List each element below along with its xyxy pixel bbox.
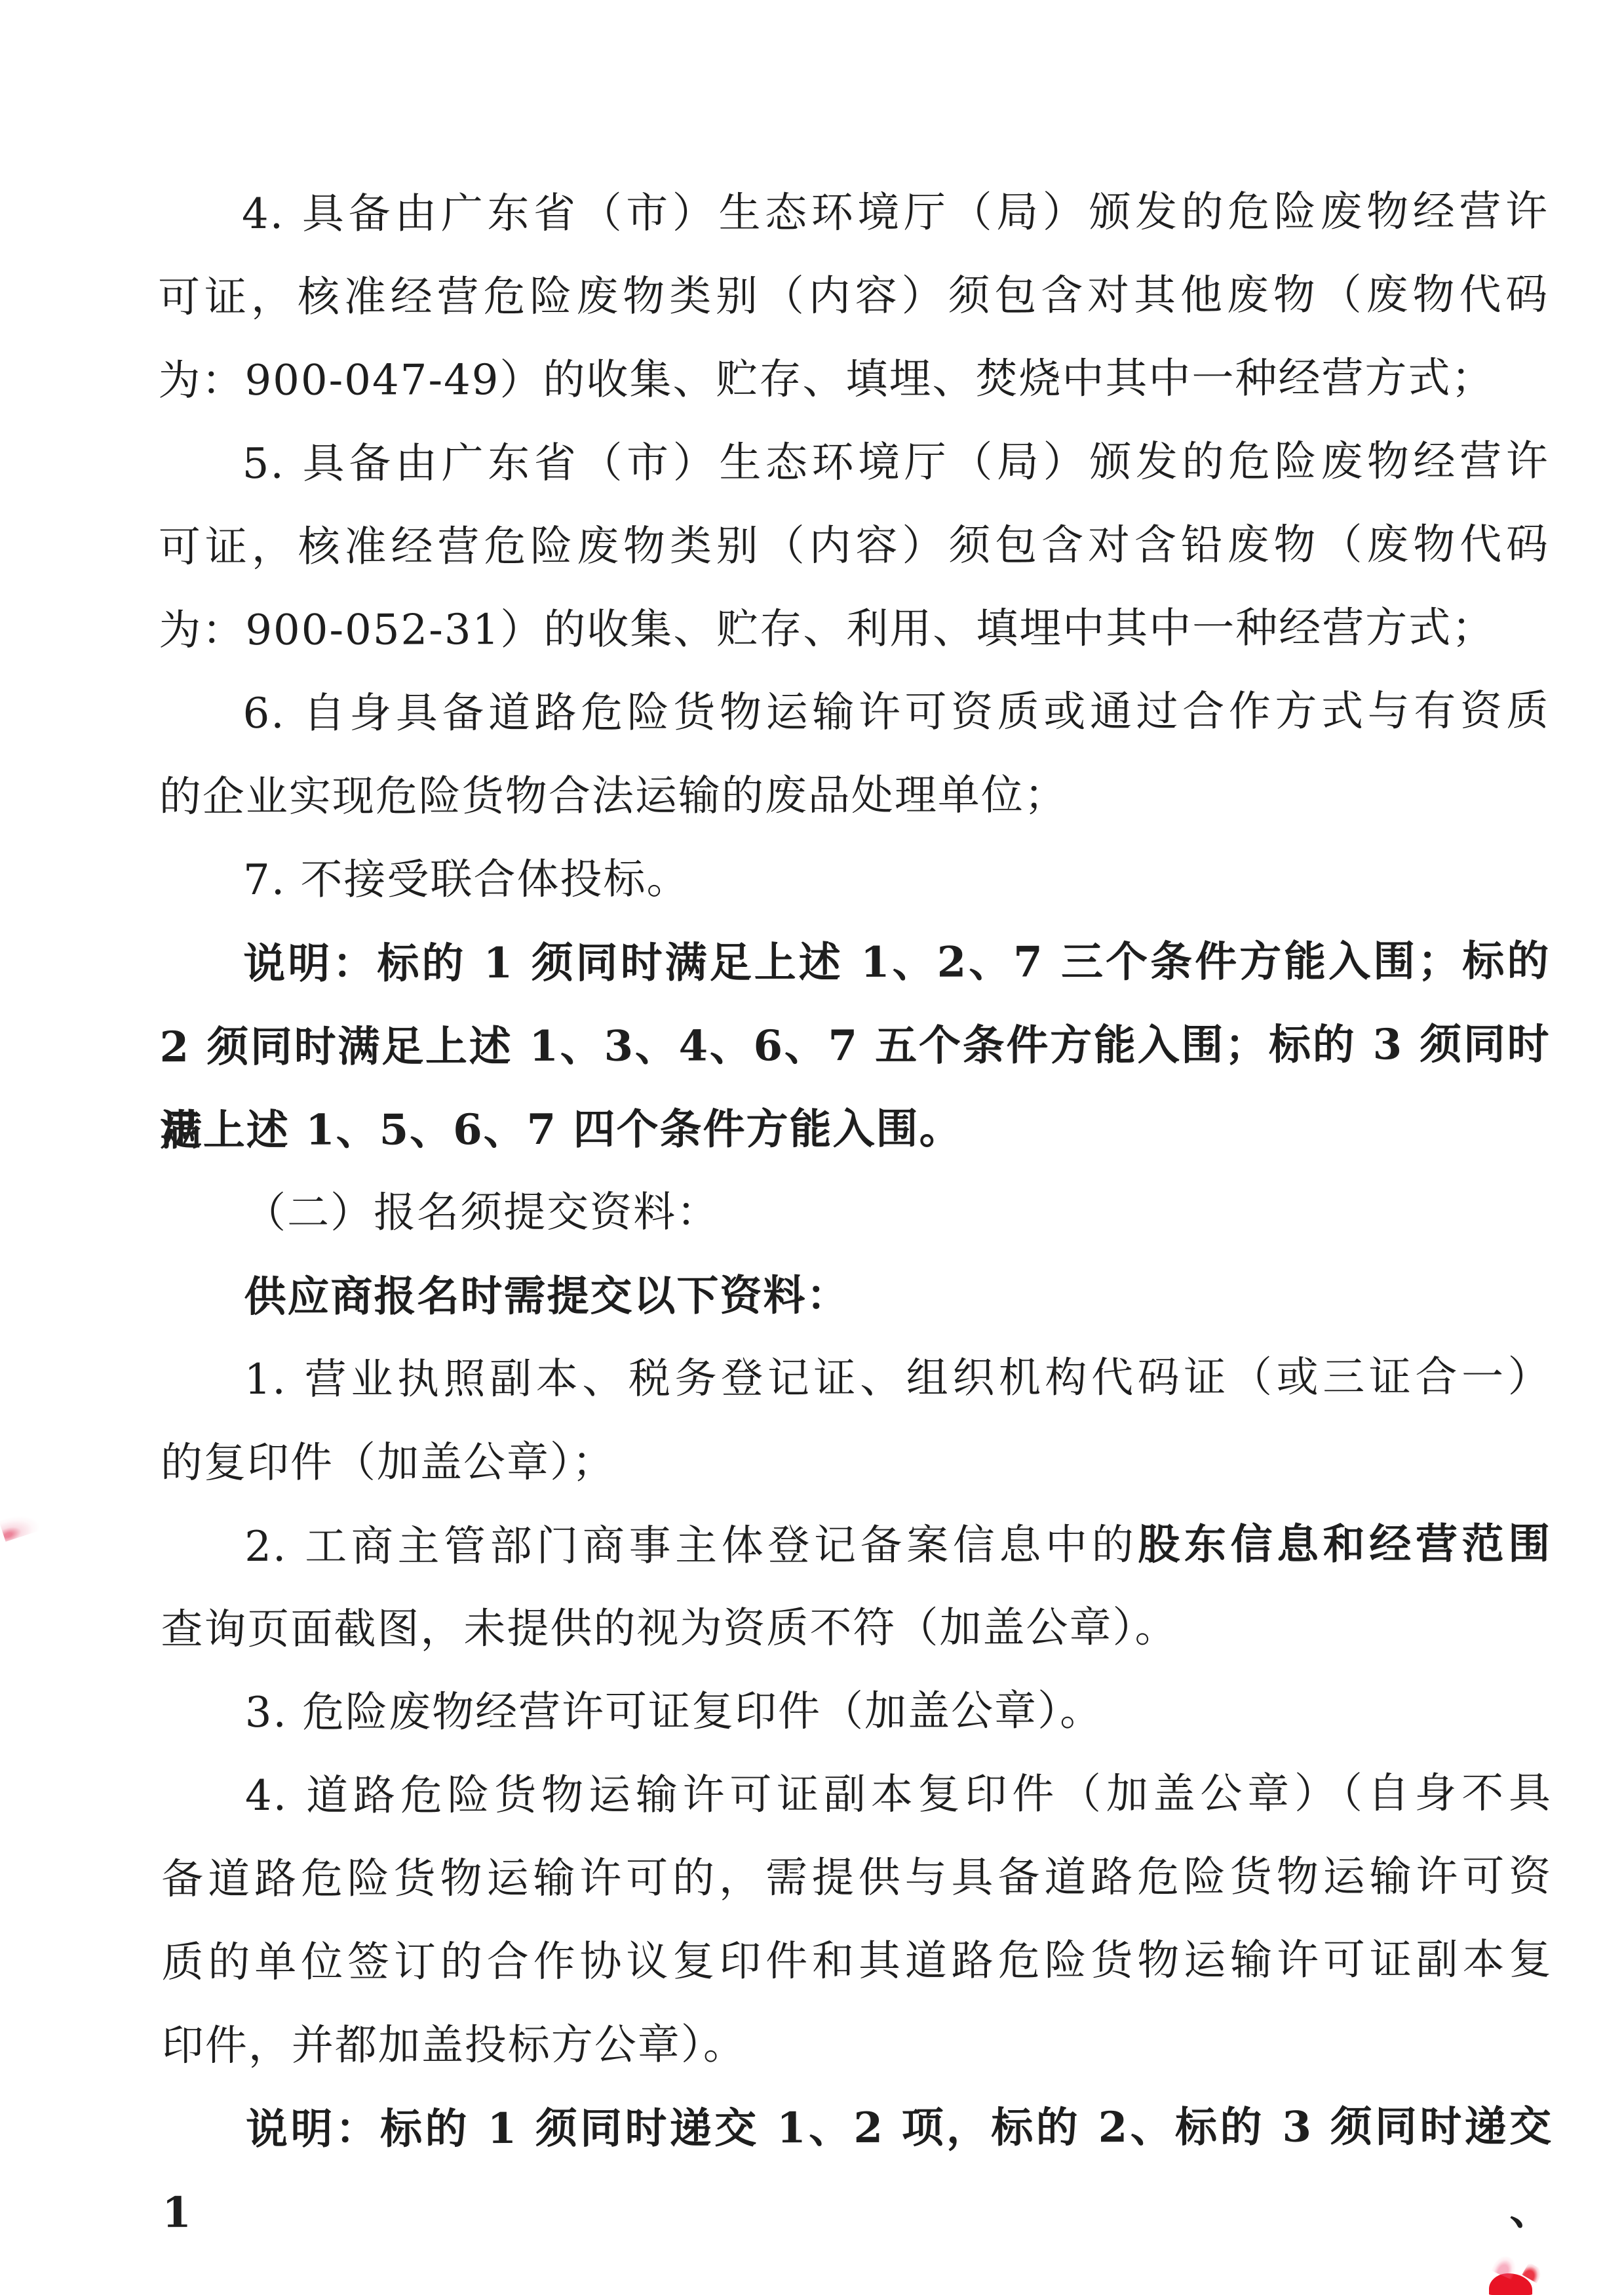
doc-line: 质的单位签订的合作协议复印件和其道路危险货物运输许可证副本复 bbox=[161, 1919, 1552, 2005]
doc-line: 为：900-052-31）的收集、贮存、利用、填埋中其中一种经营方式； bbox=[159, 587, 1549, 673]
red-stamp-fragment bbox=[1489, 2273, 1532, 2295]
doc-line: 的企业实现危险货物合法运输的废品处理单位； bbox=[159, 753, 1550, 839]
doc-line: 为：900-047-49）的收集、贮存、填埋、焚烧中其中一种经营方式； bbox=[158, 337, 1549, 423]
doc-line-section-heading: （二）报名须提交资料： bbox=[160, 1169, 1551, 1255]
doc-line: 7. 不接受联合体投标。 bbox=[159, 836, 1550, 922]
doc-line: 4. 道路危险货物运输许可证副本复印件（加盖公章）（自身不具 bbox=[161, 1752, 1552, 1838]
document-page: 4. 具备由广东省（市）生态环境厅（局）颁发的危险废物经营许 可证，核准经营危险… bbox=[0, 0, 1624, 2295]
doc-line: 1. 营业执照副本、税务登记证、组织机构代码证（或三证合一） bbox=[161, 1336, 1551, 1422]
doc-line: 可证，核准经营危险废物类别（内容）须包含对其他废物（废物代码 bbox=[158, 254, 1549, 340]
doc-line: 的复印件（加盖公章）； bbox=[161, 1419, 1551, 1505]
doc-line: 可证，核准经营危险废物类别（内容）须包含对含铅废物（废物代码 bbox=[159, 503, 1549, 589]
scan-smudge-mark bbox=[0, 1509, 41, 1542]
doc-line: 4. 具备由广东省（市）生态环境厅（局）颁发的危险废物经营许 bbox=[158, 170, 1549, 256]
doc-line-subheading: 供应商报名时需提交以下资料： bbox=[160, 1253, 1551, 1339]
doc-line-bold-run: 股东信息和经营范围 bbox=[1138, 1520, 1551, 1569]
doc-line: 印件，并都加盖投标方公章）。 bbox=[162, 2002, 1553, 2088]
document-content: 4. 具备由广东省（市）生态环境厅（局）颁发的危险废物经营许 可证，核准经营危险… bbox=[158, 170, 1553, 2171]
doc-line: 2. 工商主管部门商事主体登记备案信息中的股东信息和经营范围 bbox=[161, 1502, 1551, 1588]
doc-line: 5. 具备由广东省（市）生态环境厅（局）颁发的危险废物经营许 bbox=[159, 420, 1549, 506]
doc-line: 3. 危险废物经营许可证复印件（加盖公章）。 bbox=[161, 1669, 1552, 1755]
doc-line: 6. 自身具备道路危险货物运输许可资质或通过合作方式与有资质 bbox=[159, 670, 1549, 756]
doc-line-note: 2 须同时满足上述 1、3、4、6、7 五个条件方能入围；标的 3 须同时满 bbox=[159, 1003, 1550, 1089]
doc-line-note: 说明：标的 1 须同时递交 1、2 项，标的 2、标的 3 须同时递交 1、 bbox=[162, 2085, 1553, 2171]
doc-line-note: 足上述 1、5、6、7 四个条件方能入围。 bbox=[160, 1086, 1551, 1172]
doc-line: 查询页面截图，未提供的视为资质不符（加盖公章）。 bbox=[161, 1586, 1551, 1672]
doc-line-normal-run: 2. 工商主管部门商事主体登记备案信息中的 bbox=[244, 1521, 1138, 1571]
doc-line: 备道路危险货物运输许可的，需提供与具备道路危险货物运输许可资 bbox=[161, 1835, 1552, 1921]
doc-line-note: 说明：标的 1 须同时满足上述 1、2、7 三个条件方能入围；标的 bbox=[159, 920, 1550, 1006]
